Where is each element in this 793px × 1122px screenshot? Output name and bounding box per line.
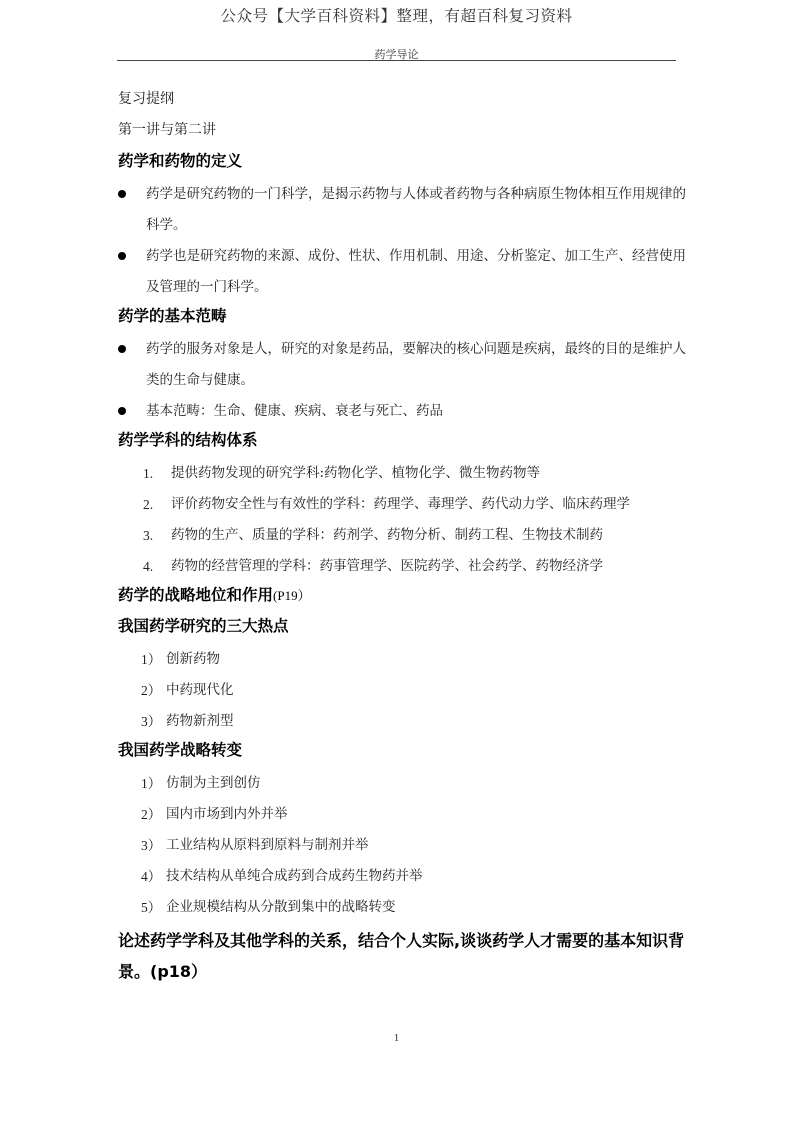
item-text: 评价药物安全性与有效性的学科：药理学、毒理学、药代动力学、临床药理学 — [171, 496, 630, 512]
item-text: 中药现代化 — [166, 682, 234, 698]
lecture-subtitle: 第一讲与第二讲 — [118, 117, 688, 148]
bullet-text: 药学的服务对象是人，研究的对象是药品，要解决的核心问题是疾病，最终的目的是维护人… — [146, 341, 686, 388]
item-text: 仿制为主到创仿 — [166, 775, 261, 791]
item-number: 3） — [141, 830, 161, 861]
item-text: 技术结构从单纯合成药到合成药生物药并举 — [166, 868, 423, 884]
list-item: 5） 企业规模结构从分散到集中的战略转变 — [118, 892, 688, 923]
bullet-icon — [118, 252, 126, 260]
list-item: 4） 技术结构从单纯合成药到合成药生物药并举 — [118, 861, 688, 892]
item-number: 2） — [141, 799, 161, 830]
item-number: 1. — [143, 458, 153, 489]
item-text: 药物的经营管理的学科：药事管理学、医院药学、社会药学、药物经济学 — [171, 558, 603, 574]
section-heading: 药学的基本范畴 — [118, 303, 688, 334]
list-item: 3） 药物新剂型 — [118, 706, 688, 737]
numbered-item: 2. 评价药物安全性与有效性的学科：药理学、毒理学、药代动力学、临床药理学 — [118, 489, 688, 520]
bullet-text: 药学是研究药物的一门科学，是揭示药物与人体或者药物与各种病原生物体相互作用规律的… — [146, 186, 686, 233]
list-item: 1） 仿制为主到创仿 — [118, 768, 688, 799]
item-number: 5） — [141, 892, 161, 923]
section-heading: 我国药学战略转变 — [118, 737, 688, 768]
page-reference: (P19） — [273, 588, 311, 603]
item-number: 2） — [141, 675, 161, 706]
section-heading: 药学的战略地位和作用(P19） — [118, 582, 688, 613]
item-text: 药物新剂型 — [166, 713, 234, 729]
item-number: 1） — [141, 768, 161, 799]
bullet-text: 基本范畴：生命、健康、疾病、衰老与死亡、药品 — [146, 403, 443, 419]
section-heading: 我国药学研究的三大热点 — [118, 613, 688, 644]
item-number: 1） — [141, 644, 161, 675]
item-number: 4） — [141, 861, 161, 892]
heading-text: 药学的战略地位和作用 — [118, 586, 273, 604]
watermark-banner: 公众号【大学百科资料】整理，有超百科复习资料 — [0, 4, 793, 26]
bullet-item: 基本范畴：生命、健康、疾病、衰老与死亡、药品 — [118, 396, 688, 427]
list-item: 1） 创新药物 — [118, 644, 688, 675]
section-heading: 药学学科的结构体系 — [118, 427, 688, 458]
list-item: 3） 工业结构从原料到原料与制剂并举 — [118, 830, 688, 861]
item-number: 2. — [143, 489, 153, 520]
bullet-text: 药学也是研究药物的来源、成份、性状、作用机制、用途、分析鉴定、加工生产、经营使用… — [146, 248, 686, 295]
numbered-item: 4. 药物的经营管理的学科：药事管理学、医院药学、社会药学、药物经济学 — [118, 551, 688, 582]
item-number: 4. — [143, 551, 153, 582]
bullet-item: 药学的服务对象是人，研究的对象是药品，要解决的核心问题是疾病，最终的目的是维护人… — [118, 334, 688, 396]
item-number: 3） — [141, 706, 161, 737]
bullet-item: 药学是研究药物的一门科学，是揭示药物与人体或者药物与各种病原生物体相互作用规律的… — [118, 179, 688, 241]
list-item: 2） 国内市场到内外并举 — [118, 799, 688, 830]
item-text: 工业结构从原料到原料与制剂并举 — [166, 837, 369, 853]
bullet-icon — [118, 407, 126, 415]
bullet-icon — [118, 190, 126, 198]
section-heading: 药学和药物的定义 — [118, 148, 688, 179]
item-text: 提供药物发现的研究学科:药物化学、植物化学、微生物药物等 — [171, 465, 540, 481]
item-text: 药物的生产、质量的学科：药剂学、药物分析、制药工程、生物技术制药 — [171, 527, 603, 543]
bullet-icon — [118, 345, 126, 353]
numbered-item: 1. 提供药物发现的研究学科:药物化学、植物化学、微生物药物等 — [118, 458, 688, 489]
outline-title: 复习提纲 — [118, 86, 688, 117]
numbered-item: 3. 药物的生产、质量的学科：药剂学、药物分析、制药工程、生物技术制药 — [118, 520, 688, 551]
bullet-item: 药学也是研究药物的来源、成份、性状、作用机制、用途、分析鉴定、加工生产、经营使用… — [118, 241, 688, 303]
document-body: 复习提纲 第一讲与第二讲 药学和药物的定义 药学是研究药物的一门科学，是揭示药物… — [118, 86, 688, 987]
essay-question: 论述药学学科及其他学科的关系，结合个人实际,谈谈药学人才需要的基本知识背景。(p… — [118, 925, 688, 987]
item-text: 创新药物 — [166, 651, 220, 667]
item-number: 3. — [143, 520, 153, 551]
item-text: 国内市场到内外并举 — [166, 806, 288, 822]
list-item: 2） 中药现代化 — [118, 675, 688, 706]
item-text: 企业规模结构从分散到集中的战略转变 — [166, 899, 396, 915]
header-divider — [117, 60, 676, 61]
page-number: 1 — [0, 1032, 793, 1044]
